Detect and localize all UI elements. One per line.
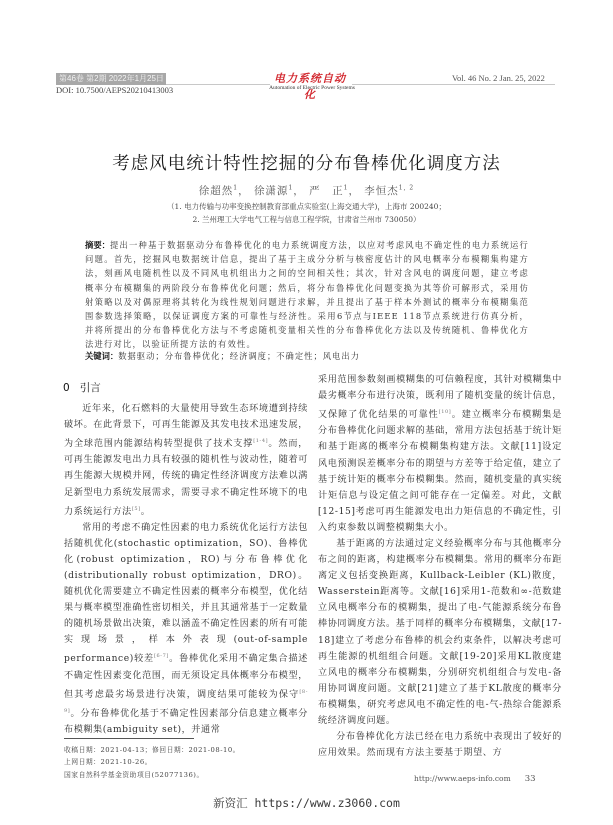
watermark: 新资汇 https://www.z3060.com <box>0 795 613 811</box>
author-affiliation-mark: 1 <box>233 185 238 192</box>
paragraph: 采用范围参数刻画模糊集的可信赖程度，其针对模糊集中最劣概率分布进行决策，既利用了… <box>318 372 562 536</box>
journal-name-en: Automation of Electric Power Systems <box>252 85 372 91</box>
paragraph: 分布鲁棒优化方法已经在电力系统中表现出了较好的应用效果。然而现有方法主要基于期望… <box>318 729 562 761</box>
header-rule-right <box>352 84 555 85</box>
paragraph-text: 常用的考虑不确定性因素的电力系统优化运行方法包括随机优化(stochastic … <box>64 523 308 665</box>
keywords-text: 数据驱动；分布鲁棒优化；经济调度；不确定性；风电出力 <box>118 351 360 361</box>
keywords-label: 关键词： <box>85 351 118 361</box>
online-date: 上网日期：2021-10-26。 <box>64 756 240 768</box>
article-title: 考虑风电统计特性挖掘的分布鲁棒优化调度方法 <box>0 150 613 175</box>
section-heading: 0 引言 <box>63 380 101 395</box>
paragraph: 常用的考虑不确定性因素的电力系统优化运行方法包括随机优化(stochastic … <box>64 520 308 738</box>
doi[interactable]: DOI: 10.7500/AEPS20210413003 <box>56 85 173 95</box>
page-footer: http://www.aeps-info.com33 <box>414 774 536 784</box>
citation[interactable]: [6-7] <box>154 653 169 659</box>
abstract-text: 提出一种基于数据驱动分布鲁棒优化的电力系统调度方法，以应对考虑风电不确定性的电力… <box>85 240 529 349</box>
abstract-label: 摘要： <box>85 240 110 250</box>
section-title: 引言 <box>80 382 101 394</box>
paragraph-text: 。分布鲁棒优化基于不确定性因素部分信息建立概率分布模糊集(ambiguity s… <box>64 709 308 735</box>
author-affiliation-mark: 1 <box>288 185 293 192</box>
received-date: 收稿日期：2021-04-13；修回日期：2021-08-10。 <box>64 744 240 756</box>
paragraph: 近年来，化石燃料的大量使用导致生态环境遭到持续破坏。在此背景下，可再生能源及其发… <box>64 401 308 520</box>
keywords: 关键词：数据驱动；分布鲁棒优化；经济调度；不确定性；风电出力 <box>85 350 535 362</box>
author: 严 正 <box>309 185 344 197</box>
citation[interactable]: [5] <box>132 506 141 512</box>
footnotes: 收稿日期：2021-04-13；修回日期：2021-08-10。 上网日期：20… <box>64 744 240 781</box>
author: 徐超然 <box>199 185 234 197</box>
affiliation-2: 2. 兰州理工大学电气工程与信息工程学院，甘肃省兰州市 730050） <box>0 214 613 225</box>
journal-url[interactable]: http://www.aeps-info.com <box>414 774 511 783</box>
paragraph-text: 。 <box>141 507 151 517</box>
citation[interactable]: [10] <box>439 409 452 415</box>
body-column-right: 采用范围参数刻画模糊集的可信赖程度，其针对模糊集中最劣概率分布进行决策，既利用了… <box>318 372 562 761</box>
affiliation-1: （1. 电力传输与功率变换控制教育部重点实验室(上海交通大学)，上海市 2002… <box>0 201 613 212</box>
author-affiliation-mark: 1, 2 <box>399 185 414 192</box>
author: 李恒杰 <box>364 185 399 197</box>
section-number: 0 <box>63 382 70 394</box>
author-list: 徐超然1， 徐潇源1， 严 正1， 李恒杰1, 2 <box>0 183 613 198</box>
paragraph: 基于距离的方法通过定义经验概率分布与其他概率分布之间的距离，构建概率分布模糊集。… <box>318 536 562 729</box>
issue-band: 第46卷 第2期 2022年1月25日 <box>56 73 166 85</box>
page-number: 33 <box>525 774 536 784</box>
abstract: 摘要：提出一种基于数据驱动分布鲁棒优化的电力系统调度方法，以应对考虑风电不确定性… <box>85 238 529 352</box>
citation[interactable]: [1-4] <box>253 438 268 444</box>
author-affiliation-mark: 1 <box>344 185 349 192</box>
footnote-divider <box>64 738 194 739</box>
funding-note: 国家自然科学基金资助项目(52077136)。 <box>64 769 240 781</box>
paragraph-text: 。然而，可再生能源发电出力具有较强的随机性与波动性，随着可再生能源大规模并网，传… <box>64 439 308 516</box>
author: 徐潇源 <box>254 185 289 197</box>
body-column-left: 近年来，化石燃料的大量使用导致生态环境遭到持续破坏。在此背景下，可再生能源及其发… <box>64 401 308 738</box>
volume-info: Vol. 46 No. 2 Jan. 25, 2022 <box>452 73 545 83</box>
paragraph-text: 。建立概率分布模糊集是分布鲁棒优化问题求解的基础，常用方法包括基于统计矩和基于距… <box>318 410 562 533</box>
